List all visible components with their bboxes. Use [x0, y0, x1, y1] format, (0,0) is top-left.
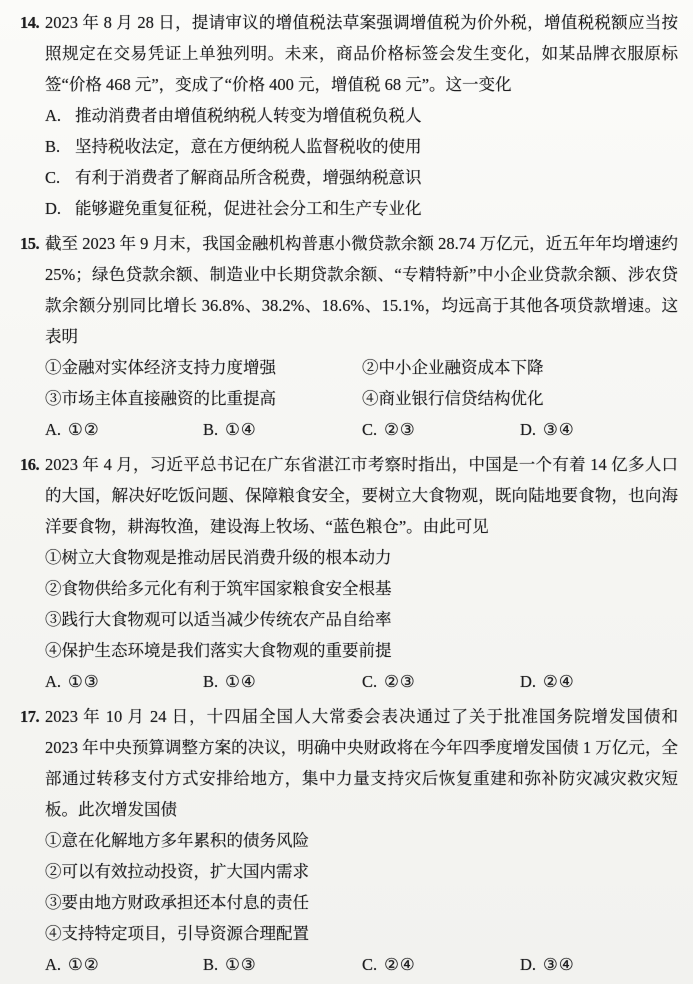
statement-3: ③要由地方财政承担还本付息的责任 [45, 887, 678, 918]
choice-label: C. [45, 162, 75, 193]
choice-option-d: D. ③④ [520, 949, 678, 980]
choice-text: 能够避免重复征税，促进社会分工和生产专业化 [75, 193, 678, 224]
choice-text: ①④ [225, 414, 257, 445]
choice-text: ③④ [543, 414, 575, 445]
statement-4: ④保护生态环境是我们落实大食物观的重要前提 [45, 635, 678, 666]
choice-text: ①② [68, 414, 100, 445]
choice-option-a: A. ①② [45, 414, 203, 445]
question-block-17: 17. 2023 年 10 月 24 日，十四届全国人大常委会表决通过了关于批准… [20, 701, 678, 980]
choice-option-c: C. 有利于消费者了解商品所含税费，增强纳税意识 [45, 162, 678, 193]
choice-text: 推动消费者由增值税纳税人转变为增值税负税人 [75, 100, 678, 131]
choice-option-c: C. ②④ [362, 949, 520, 980]
choice-label: A. [45, 666, 61, 697]
choice-option-c: C. ②③ [362, 414, 520, 445]
question-number: 14. [20, 7, 39, 38]
choice-label: C. [362, 949, 377, 980]
statements-list: ①树立大食物观是推动居民消费升级的根本动力 ②食物供给多元化有利于筑牢国家粮食安… [45, 542, 678, 666]
statements-grid: ①金融对实体经济支持力度增强 ②中小企业融资成本下降 ③市场主体直接融资的比重提… [45, 352, 678, 414]
question-number: 16. [20, 449, 39, 480]
choice-option-a: A. 推动消费者由增值税纳税人转变为增值税负税人 [45, 100, 678, 131]
statement-1: ①意在化解地方多年累积的债务风险 [45, 825, 678, 856]
choice-text: ①④ [225, 666, 257, 697]
statement-4: ④支持特定项目，引导资源合理配置 [45, 918, 678, 949]
choice-label: D. [520, 666, 536, 697]
choice-label: A. [45, 100, 75, 131]
statement-1: ①金融对实体经济支持力度增强 [45, 352, 362, 383]
question-stem: 2023 年 8 月 28 日，提请审议的增值税法草案强调增值税为价外税，增值税… [45, 7, 678, 100]
choice-option-c: C. ②③ [362, 666, 520, 697]
choice-text: ②③ [384, 666, 416, 697]
statement-4: ④商业银行信贷结构优化 [362, 383, 678, 414]
choice-option-a: A. ①② [45, 949, 203, 980]
statements-list: ①意在化解地方多年累积的债务风险 ②可以有效拉动投资，扩大国内需求 ③要由地方财… [45, 825, 678, 949]
choice-text: ③④ [543, 949, 575, 980]
question-number: 17. [20, 701, 39, 732]
choice-label: B. [203, 949, 218, 980]
choice-label: D. [520, 414, 536, 445]
choice-text: ②③ [384, 414, 416, 445]
choice-text: ①② [68, 949, 100, 980]
choice-label: B. [203, 666, 218, 697]
question-number: 15. [20, 228, 39, 259]
choice-label: C. [362, 666, 377, 697]
question-block-14: 14. 2023 年 8 月 28 日，提请审议的增值税法草案强调增值税为价外税… [20, 7, 678, 224]
choice-label: D. [520, 949, 536, 980]
choice-option-b: B. 坚持税收法定，意在方便纳税人监督税收的使用 [45, 131, 678, 162]
question-block-15: 15. 截至 2023 年 9 月末，我国金融机构普惠小微贷款余额 28.74 … [20, 228, 678, 445]
choice-label: B. [45, 131, 75, 162]
choice-label: B. [203, 414, 218, 445]
choice-text: ①③ [68, 666, 100, 697]
choices-row: A. ①② B. ①④ C. ②③ D. ③④ [45, 414, 678, 445]
statement-3: ③市场主体直接融资的比重提高 [45, 383, 362, 414]
choice-option-d: D. ②④ [520, 666, 678, 697]
question-stem: 截至 2023 年 9 月末，我国金融机构普惠小微贷款余额 28.74 万亿元，… [45, 228, 678, 352]
question-stem: 2023 年 4 月，习近平总书记在广东省湛江市考察时指出，中国是一个有着 14… [45, 449, 678, 542]
statement-2: ②可以有效拉动投资，扩大国内需求 [45, 856, 678, 887]
choice-option-b: B. ①④ [203, 666, 362, 697]
choice-label: C. [362, 414, 377, 445]
choices-row: A. ①③ B. ①④ C. ②③ D. ②④ [45, 666, 678, 697]
choices-list: A. 推动消费者由增值税纳税人转变为增值税负税人 B. 坚持税收法定，意在方便纳… [45, 100, 678, 224]
choice-text: ②④ [543, 666, 575, 697]
question-stem: 2023 年 10 月 24 日，十四届全国人大常委会表决通过了关于批准国务院增… [45, 701, 678, 825]
choice-text: ②④ [384, 949, 416, 980]
question-block-16: 16. 2023 年 4 月，习近平总书记在广东省湛江市考察时指出，中国是一个有… [20, 449, 678, 697]
choice-text: 有利于消费者了解商品所含税费，增强纳税意识 [75, 162, 678, 193]
statement-3: ③践行大食物观可以适当减少传统农产品自给率 [45, 604, 678, 635]
choice-option-b: B. ①④ [203, 414, 362, 445]
statement-1: ①树立大食物观是推动居民消费升级的根本动力 [45, 542, 678, 573]
choice-label: A. [45, 414, 61, 445]
choice-text: ①③ [225, 949, 257, 980]
choice-label: D. [45, 193, 75, 224]
exam-page: 14. 2023 年 8 月 28 日，提请审议的增值税法草案强调增值税为价外税… [0, 0, 693, 984]
choice-option-d: D. ③④ [520, 414, 678, 445]
statement-2: ②中小企业融资成本下降 [362, 352, 678, 383]
choice-option-a: A. ①③ [45, 666, 203, 697]
choice-option-d: D. 能够避免重复征税，促进社会分工和生产专业化 [45, 193, 678, 224]
choice-text: 坚持税收法定，意在方便纳税人监督税收的使用 [75, 131, 678, 162]
choice-label: A. [45, 949, 61, 980]
choices-row: A. ①② B. ①③ C. ②④ D. ③④ [45, 949, 678, 980]
choice-option-b: B. ①③ [203, 949, 362, 980]
statement-2: ②食物供给多元化有利于筑牢国家粮食安全根基 [45, 573, 678, 604]
